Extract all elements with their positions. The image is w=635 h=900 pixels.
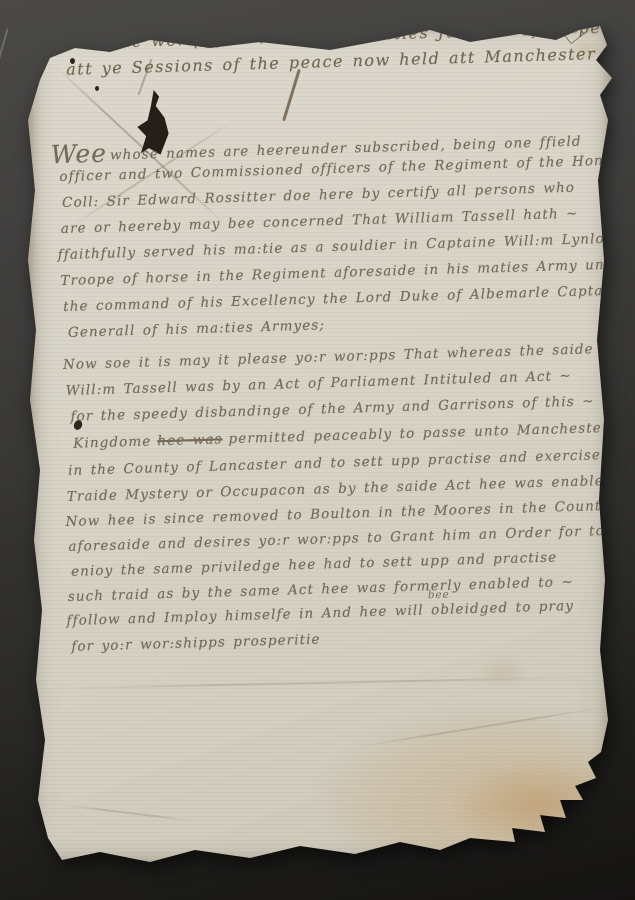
manuscript-line: for the speedy disbandinge of the Army a… — [70, 393, 594, 425]
manuscript-line: for yo:r wor:shipps prosperitie — [71, 631, 321, 654]
struck-through-words: hee was — [157, 431, 223, 449]
opening-initial: Wee — [50, 139, 107, 170]
manuscript-line: are or heereby may bee concerned That Wi… — [61, 206, 579, 237]
line-text: Kingdome — [73, 433, 152, 451]
manuscript-line: Generall of his ma:ties Armyes; — [68, 317, 325, 341]
manuscript-line: the command of his Excellency the Lord D… — [63, 282, 628, 315]
manuscript-line: Coll: Sir Edward Rossitter doe here by c… — [62, 180, 575, 211]
manuscript-line: Now soe it is may it please yo:r wor:pps… — [63, 341, 594, 373]
manuscript-line-with-deletion: Kingdomehee waspermitted peaceably to pa… — [73, 420, 610, 452]
manuscript-text: To the wor:ppfull the Kings ma:ties Just… — [13, 4, 630, 877]
manuscript-line: enioy the same priviledge hee had to set… — [71, 549, 558, 579]
manuscript-line: Will:m Tassell was by an Act of Parliame… — [65, 368, 572, 399]
interlined-insertion: bee — [428, 589, 450, 602]
line-text: permitted peaceably to passe unto Manche… — [228, 420, 609, 447]
manuscript-paper: 49 To the wor:ppfull the Kings ma:ties J… — [24, 20, 616, 876]
paper-shadow-wrapper: 49 To the wor:ppfull the Kings ma:ties J… — [0, 0, 635, 900]
photo-background: 49 To the wor:ppfull the Kings ma:ties J… — [0, 0, 635, 900]
